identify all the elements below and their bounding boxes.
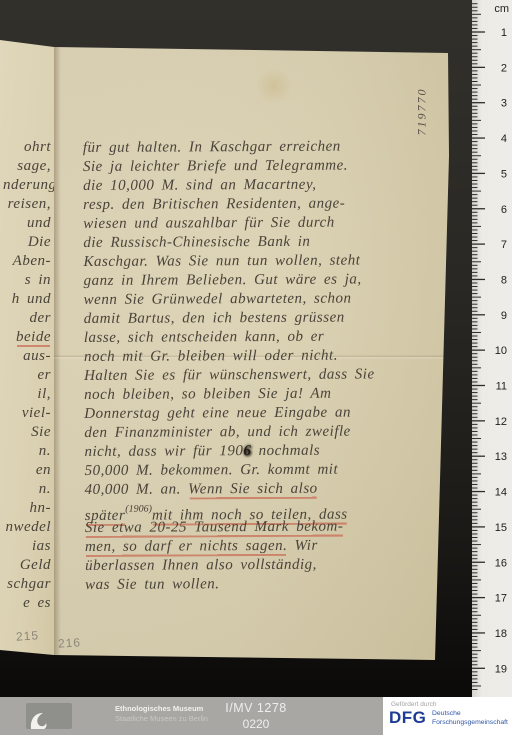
letter-line: h und xyxy=(3,290,51,309)
letter-line-segment: ias xyxy=(32,538,51,554)
letter-line-segment: lasse, sich entscheiden kann, ob er xyxy=(84,329,324,346)
letter-line-segment: 50,000 M. bekommen. Gr. kommt mit xyxy=(85,462,339,479)
letter-line: Donnerstag geht eine neue Eingabe an xyxy=(84,403,446,424)
letter-line: nicht, dass wir für 1906 nochmals xyxy=(84,441,446,462)
letter-line: Sie etwa 20-25 Tausend Mark bekom- xyxy=(85,517,447,538)
letter-line: viel- xyxy=(3,404,51,423)
letter-line-segment: Donnerstag geht eine neue Eingabe an xyxy=(84,405,351,422)
letter-line-segment: nochmals xyxy=(251,443,320,459)
letter-line: n. xyxy=(3,480,51,499)
letter-line: s in xyxy=(3,271,51,290)
letter-line-segment: (1906) xyxy=(125,504,152,515)
letter-line-segment: für gut halten. In Kaschgar erreichen xyxy=(83,139,341,156)
letter-line: später(1906)mit ihm noch so teilen, dass xyxy=(85,498,447,519)
letter-line: resp. den Britischen Residenten, ange- xyxy=(83,194,445,215)
letter-line: die Russisch-Chinesische Bank in xyxy=(83,232,445,253)
letter-line-segment: resp. den Britischen Residenten, ange- xyxy=(83,196,345,213)
letter-text: für gut halten. In Kaschgar erreichenSie… xyxy=(83,137,447,595)
letter-line-segment: men, so darf er nichts sagen. xyxy=(85,538,287,555)
letter-line-segment: nderung xyxy=(3,177,57,193)
letter-line-segment: Die xyxy=(28,234,51,250)
letter-line-segment: viel- xyxy=(22,405,51,421)
letter-line-segment: Kaschgar. Was Sie nun tun wollen, steht xyxy=(83,252,360,269)
letter-line-segment: wenn Sie Grünwedel abwarteten, schon xyxy=(84,291,352,308)
letter-line-segment: und xyxy=(27,215,51,231)
letter-line-segment: n. xyxy=(39,443,51,459)
letter-line: nderung xyxy=(3,176,51,195)
letter-line: hn- xyxy=(3,499,51,518)
letter-line: e es xyxy=(3,594,51,613)
letter-line: 40,000 M. an. Wenn Sie sich also xyxy=(85,479,447,500)
letter-line-segment: Sie etwa 20-25 Tausend Mark bekom- xyxy=(85,519,344,536)
left-page-text-fragments: ohrtsage,nderungreisen,undDieAben-s inh … xyxy=(3,138,51,613)
letter-line-segment: Halten Sie es für wünschenswert, dass Si… xyxy=(84,366,375,384)
letter-line: n. xyxy=(3,442,51,461)
funding-panel: Gefördert durch DFG Deutsche Forschungsg… xyxy=(383,697,512,735)
letter-line-segment: noch bleiben, so bleiben Sie ja! Am xyxy=(84,386,331,403)
letter-line-segment: Wir xyxy=(287,538,318,554)
letter-line-segment: schgar xyxy=(7,576,51,592)
svg-text:16: 16 xyxy=(495,557,507,569)
dfg-logo: DFG xyxy=(389,708,426,728)
letter-line-segment: den Finanzminister ab, und ich zweifle xyxy=(84,424,351,441)
svg-text:14: 14 xyxy=(495,487,507,499)
letter-line: Aben- xyxy=(3,252,51,271)
letter-line-segment: Geld xyxy=(20,557,51,573)
svg-text:3: 3 xyxy=(501,98,507,110)
letter-line: noch mit Gr. bleiben will oder nicht. xyxy=(84,346,446,367)
funding-org-line2: Forschungsgemeinschaft xyxy=(432,719,508,728)
ruler-ticks: 12345678910111213141516171819 xyxy=(472,0,512,697)
letter-line: für gut halten. In Kaschgar erreichen xyxy=(83,137,445,158)
letter-line: damit Bartus, den ich bestens grüssen xyxy=(84,308,446,329)
letter-line: die 10,000 M. sind an Macartney, xyxy=(83,175,445,196)
letter-line-segment: Wenn Sie sich also xyxy=(188,481,318,498)
letter-line-segment: der xyxy=(30,310,52,326)
letter-line: noch bleiben, so bleiben Sie ja! Am xyxy=(84,384,446,405)
page-number-left: 215 xyxy=(16,628,40,644)
letter-line: beide xyxy=(3,328,51,347)
letter-line: Sie xyxy=(3,423,51,442)
letter-line-segment: e es xyxy=(23,595,51,611)
letter-line-segment: Sie xyxy=(31,424,51,440)
letter-line: men, so darf er nichts sagen. Wir xyxy=(85,536,447,557)
svg-text:19: 19 xyxy=(495,663,507,675)
ruler: 12345678910111213141516171819 cm xyxy=(472,0,512,697)
letter-line: Sie ja leichter Briefe und Telegramme. xyxy=(83,156,445,177)
photo-backdrop: ohrtsage,nderungreisen,undDieAben-s inh … xyxy=(0,0,512,735)
letter-line-segment: nwedel xyxy=(6,519,52,535)
letter-line-segment: hn- xyxy=(30,500,52,516)
letter-line: nwedel xyxy=(3,518,51,537)
svg-text:4: 4 xyxy=(501,133,507,145)
letter-line: ganz in Ihrem Belieben. Gut wäre es ja, xyxy=(84,270,446,291)
svg-text:6: 6 xyxy=(501,204,507,216)
letter-line-segment: damit Bartus, den ich bestens grüssen xyxy=(84,310,345,327)
letter-line-segment: il, xyxy=(37,386,51,402)
letter-line-segment: beide xyxy=(16,329,51,345)
letter-line-segment: 6 xyxy=(243,443,251,459)
letter-line: reisen, xyxy=(3,195,51,214)
letter-line-segment: die 10,000 M. sind an Macartney, xyxy=(83,177,317,194)
letter-line-segment: 40,000 M. an. xyxy=(85,481,189,498)
svg-text:7: 7 xyxy=(501,239,507,251)
letter-page: 719770 7809 für gut halten. In Kaschgar … xyxy=(54,46,449,660)
letter-line-segment: nicht, dass wir für 190 xyxy=(84,443,243,460)
letter-line: aus- xyxy=(3,347,51,366)
letter-line: er xyxy=(3,366,51,385)
inventory-number-vertical-bottom: 7809 xyxy=(436,592,450,652)
letter-line-segment: h und xyxy=(12,291,51,307)
letter-line: und xyxy=(3,214,51,233)
svg-text:10: 10 xyxy=(495,345,507,357)
letter-line: Kaschgar. Was Sie nun tun wollen, steht xyxy=(83,251,445,272)
svg-text:9: 9 xyxy=(501,310,507,322)
svg-text:5: 5 xyxy=(501,168,507,180)
letter-line-segment: er xyxy=(38,367,52,383)
letter-line-segment: was Sie tun wollen. xyxy=(85,576,219,593)
fold-shadow xyxy=(54,46,61,660)
letter-line-segment: ganz in Ihrem Belieben. Gut wäre es ja, xyxy=(84,271,362,288)
letter-line-segment: aus- xyxy=(23,348,51,364)
letter-line-segment: Sie ja leichter Briefe und Telegramme. xyxy=(83,158,348,175)
svg-text:2: 2 xyxy=(501,62,507,74)
letter-line-segment: sage, xyxy=(17,158,51,174)
funding-organization: Deutsche Forschungsgemeinschaft xyxy=(432,710,508,728)
letter-line: en xyxy=(3,461,51,480)
letter-line-segment: die Russisch-Chinesische Bank in xyxy=(83,234,310,251)
left-page-edge: ohrtsage,nderungreisen,undDieAben-s inh … xyxy=(0,40,54,655)
letter-line: Geld xyxy=(3,556,51,575)
funding-label: Gefördert durch xyxy=(391,701,437,708)
letter-line: der xyxy=(3,309,51,328)
svg-text:13: 13 xyxy=(495,451,507,463)
svg-text:1: 1 xyxy=(501,27,507,39)
letter-line: was Sie tun wollen. xyxy=(85,574,447,595)
letter-line: sage, xyxy=(3,157,51,176)
svg-text:17: 17 xyxy=(495,593,507,605)
letter-line-segment: n. xyxy=(39,481,51,497)
svg-text:8: 8 xyxy=(501,274,507,286)
letter-line-segment: en xyxy=(36,462,51,478)
inventory-number-vertical: 719770 xyxy=(415,77,430,147)
letter-line: den Finanzminister ab, und ich zweifle xyxy=(84,422,446,443)
letter-line: überlassen Ihnen also vollständig, xyxy=(85,555,447,576)
letter-line: schgar xyxy=(3,575,51,594)
letter-line-segment: Aben- xyxy=(13,253,51,269)
svg-text:15: 15 xyxy=(495,522,507,534)
letter-line-segment: wiesen und auszahlbar für Sie durch xyxy=(83,215,335,232)
letter-line: wiesen und auszahlbar für Sie durch xyxy=(83,213,445,234)
page-number-right: 216 xyxy=(58,635,82,650)
funding-org-line1: Deutsche xyxy=(432,710,508,719)
letter-line: Die xyxy=(3,233,51,252)
letter-line: ohrt xyxy=(3,138,51,157)
letter-line-segment: s in xyxy=(25,272,51,288)
svg-text:12: 12 xyxy=(495,416,507,428)
letter-line-segment: reisen, xyxy=(8,196,51,212)
letter-line: lasse, sich entscheiden kann, ob er xyxy=(84,327,446,348)
letter-line-segment: überlassen Ihnen also vollständig, xyxy=(85,557,317,574)
letter-line: 50,000 M. bekommen. Gr. kommt mit xyxy=(84,460,446,481)
ruler-unit-label: cm xyxy=(494,3,509,15)
letter-line: il, xyxy=(3,385,51,404)
letter-line: ias xyxy=(3,537,51,556)
letter-line: wenn Sie Grünwedel abwarteten, schon xyxy=(84,289,446,310)
letter-line: Halten Sie es für wünschenswert, dass Si… xyxy=(84,365,446,386)
letter-line-segment: noch mit Gr. bleiben will oder nicht. xyxy=(84,348,338,365)
svg-text:18: 18 xyxy=(495,628,507,640)
svg-text:11: 11 xyxy=(496,381,507,393)
caption-bar: Ethnologisches Museum Staatliche Museen … xyxy=(0,697,512,735)
letter-line-segment: ohrt xyxy=(24,139,51,155)
